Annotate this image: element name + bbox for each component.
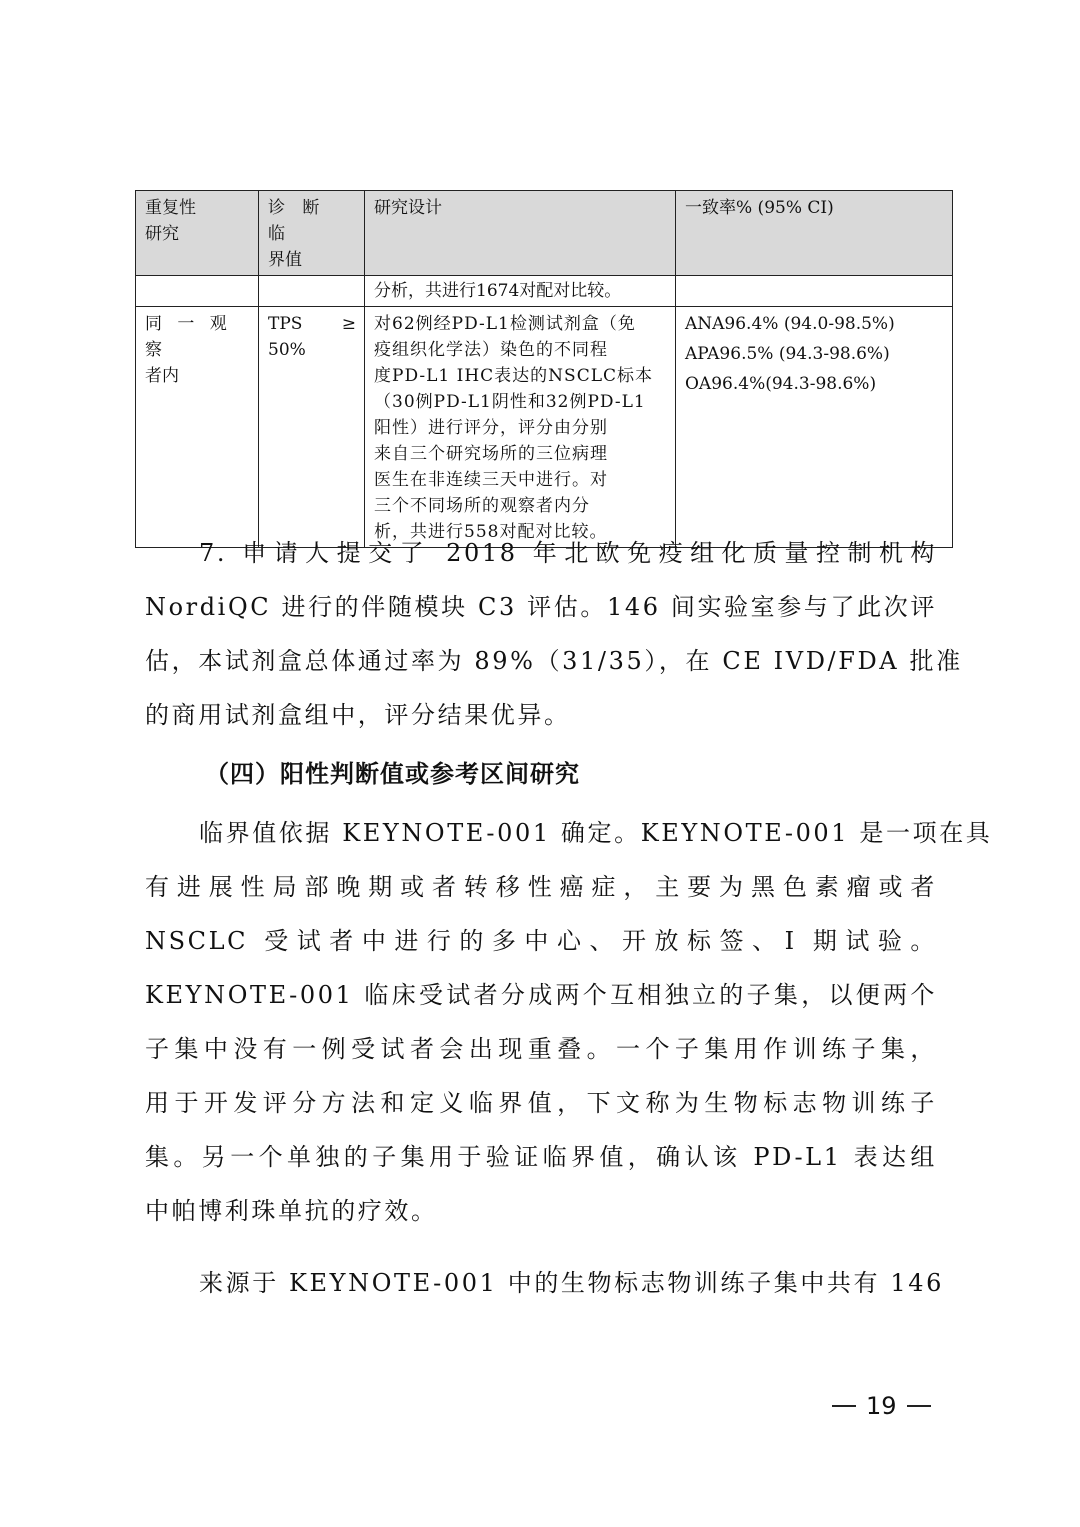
paragraph-7: 7. 申请人提交了 2018 年北欧免疫组化质量控制机构 NordiQC 进行的… xyxy=(145,526,937,742)
text-line: 集。另一个单独的子集用于验证临界值，确认该 PD-L1 表达组 xyxy=(145,1130,937,1184)
page-number: 19 xyxy=(832,1392,931,1420)
gte-symbol: ≥ xyxy=(342,311,356,337)
text-line: 7. 申请人提交了 2018 年北欧免疫组化质量控制机构 xyxy=(145,526,937,580)
cell-line: 医生在非连续三天中进行。对 xyxy=(374,467,667,493)
text-line: 估，本试剂盒总体通过率为 89%（31/35），在 CE IVD/FDA 批准 xyxy=(145,634,937,688)
table-row: 分析，共进行1674对配对比较。 xyxy=(136,276,953,307)
cell-study: 同 一 观 察 者内 xyxy=(136,307,259,548)
cell-line: 同 一 观 察 xyxy=(145,311,250,363)
text-line: NSCLC 受试者中进行的多中心、开放标签、I 期试验。 xyxy=(145,914,937,968)
table-row: 同 一 观 察 者内 TPS ≥ 50% 对62例经PD-L1检测试剂盒（免 疫… xyxy=(136,307,953,548)
cell-cutoff: TPS ≥ 50% xyxy=(259,307,365,548)
result-ana: ANA96.4% (94.0-98.5%) xyxy=(685,311,944,337)
cell-line: 疫组织化学法）染色的不同程 xyxy=(374,337,667,363)
text-line: 用于开发评分方法和定义临界值，下文称为生物标志物训练子 xyxy=(145,1076,937,1130)
repeatability-table: 重复性 研究 诊 断 临 界值 研究设计 一致率% (95% CI) 分析，共进… xyxy=(135,190,953,548)
cell-study xyxy=(136,276,259,307)
cell-agreement xyxy=(676,276,953,307)
cell-line: 三个不同场所的观察者内分 xyxy=(374,493,667,519)
text-line: NordiQC 进行的伴随模块 C3 评估。146 间实验室参与了此次评 xyxy=(145,580,937,634)
header-agreement: 一致率% (95% CI) xyxy=(676,191,953,276)
text-line: 来源于 KEYNOTE-001 中的生物标志物训练子集中共有 146 xyxy=(145,1256,937,1310)
cell-design: 对62例经PD-L1检测试剂盒（免 疫组织化学法）染色的不同程 度PD-L1 I… xyxy=(365,307,676,548)
cell-line: 来自三个研究场所的三位病理 xyxy=(374,441,667,467)
paragraph-training: 来源于 KEYNOTE-001 中的生物标志物训练子集中共有 146 xyxy=(145,1256,937,1310)
header-cutoff: 诊 断 临 界值 xyxy=(259,191,365,276)
cell-cutoff xyxy=(259,276,365,307)
cell-line: 者内 xyxy=(145,363,250,389)
text-line: KEYNOTE-001 临床受试者分成两个互相独立的子集，以便两个 xyxy=(145,968,937,1022)
dash-left xyxy=(832,1405,856,1407)
cell-line: 对62例经PD-L1检测试剂盒（免 xyxy=(374,311,667,337)
result-apa: APA96.5% (94.3-98.6%) xyxy=(685,341,944,367)
cell-design: 分析，共进行1674对配对比较。 xyxy=(365,276,676,307)
dash-right xyxy=(907,1405,931,1407)
text-line: 临界值依据 KEYNOTE-001 确定。KEYNOTE-001 是一项在具 xyxy=(145,806,937,860)
cell-agreement: ANA96.4% (94.0-98.5%) APA96.5% (94.3-98.… xyxy=(676,307,953,548)
text-line: 中帕博利珠单抗的疗效。 xyxy=(145,1184,937,1238)
header-study-line: 研究 xyxy=(145,221,250,247)
header-cutoff-line: 诊 断 临 xyxy=(268,195,356,247)
paragraph-cutoff: 临界值依据 KEYNOTE-001 确定。KEYNOTE-001 是一项在具 有… xyxy=(145,806,937,1238)
cell-line: 度PD-L1 IHC表达的NSCLC标本 xyxy=(374,363,667,389)
text-line: 子集中没有一例受试者会出现重叠。一个子集用作训练子集， xyxy=(145,1022,937,1076)
page-number-text: 19 xyxy=(866,1392,897,1420)
header-study: 重复性 研究 xyxy=(136,191,259,276)
header-study-line: 重复性 xyxy=(145,195,250,221)
cell-line: 阳性）进行评分，评分由分别 xyxy=(374,415,667,441)
result-oa: OA96.4%(94.3-98.6%) xyxy=(685,371,944,397)
cell-line: 50% xyxy=(268,337,356,363)
text-line: 有进展性局部晚期或者转移性癌症，主要为黑色素瘤或者 xyxy=(145,860,937,914)
cell-line: TPS ≥ xyxy=(268,311,356,337)
table-header-row: 重复性 研究 诊 断 临 界值 研究设计 一致率% (95% CI) xyxy=(136,191,953,276)
header-design: 研究设计 xyxy=(365,191,676,276)
tps-label: TPS xyxy=(268,311,302,337)
section-heading: （四）阳性判断值或参考区间研究 xyxy=(205,754,580,789)
header-cutoff-line: 界值 xyxy=(268,247,356,273)
cell-line: （30例PD-L1阴性和32例PD-L1 xyxy=(374,389,667,415)
text-line: 的商用试剂盒组中，评分结果优异。 xyxy=(145,688,937,742)
